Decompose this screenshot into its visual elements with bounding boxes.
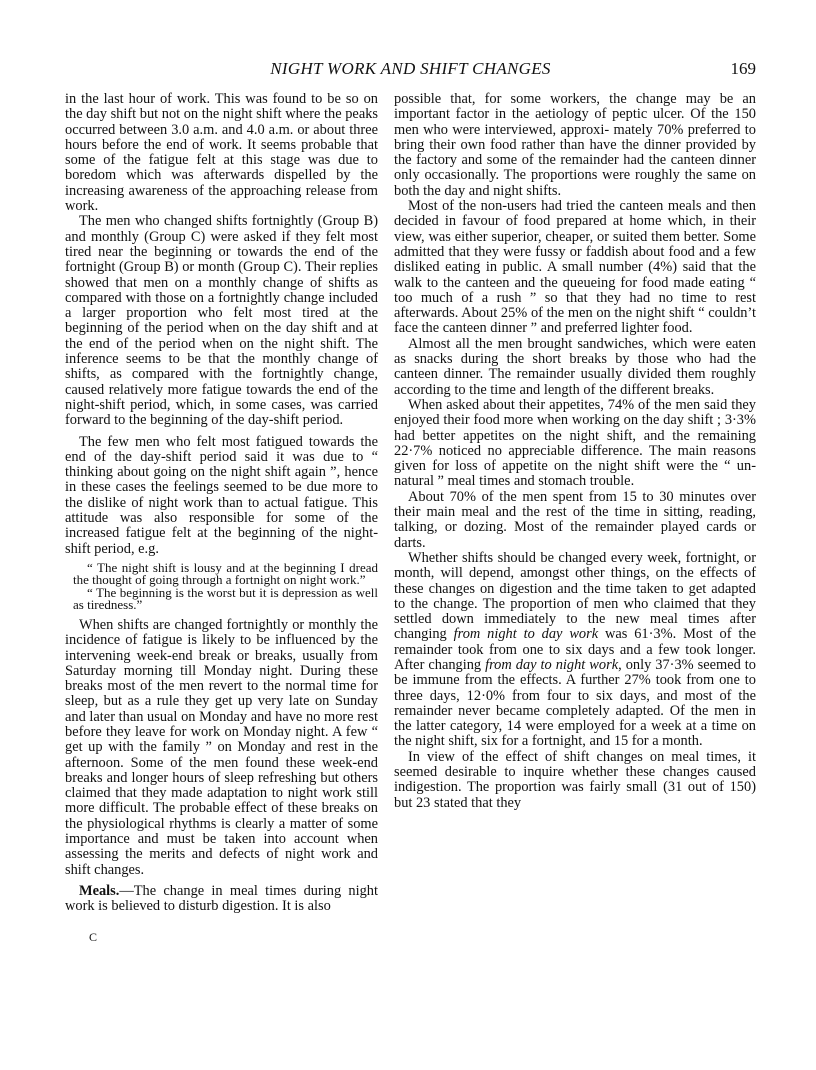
block-quote: “ The night shift is lousy and at the be… (73, 562, 378, 612)
quote-line: “ The beginning is the worst but it is d… (73, 587, 378, 612)
running-header: NIGHT WORK AND SHIFT CHANGES 169 (65, 59, 756, 79)
running-title: NIGHT WORK AND SHIFT CHANGES (65, 59, 756, 79)
right-column: possible that, for some workers, the cha… (394, 92, 756, 811)
meals-paragraph: Meals.—The change in meal times during n… (65, 884, 378, 915)
paragraph: When asked about their appetites, 74% of… (394, 398, 756, 490)
paragraph: The men who changed shifts fortnightly (… (65, 214, 378, 428)
paragraph: in the last hour of work. This was found… (65, 92, 378, 214)
paragraph: Almost all the men brought sandwiches, w… (394, 337, 756, 398)
left-column: in the last hour of work. This was found… (65, 92, 378, 915)
page-number: 169 (731, 59, 757, 79)
paragraph: Most of the non-users had tried the cant… (394, 199, 756, 337)
paragraph: When shifts are changed fortnightly or m… (65, 618, 378, 878)
section-heading-meals: Meals. (79, 883, 119, 899)
paragraph: possible that, for some workers, the cha… (394, 92, 756, 199)
italic-phrase: from night to day work (454, 626, 598, 642)
paragraph: Whether shifts should be changed every w… (394, 551, 756, 750)
italic-phrase: from day to night work (485, 657, 618, 673)
signature-mark: C (89, 930, 97, 945)
paragraph: The few men who felt most fatigued towar… (65, 435, 378, 557)
quote-line: “ The night shift is lousy and at the be… (73, 562, 378, 587)
paragraph: In view of the effect of shift changes o… (394, 750, 756, 811)
paragraph: About 70% of the men spent from 15 to 30… (394, 490, 756, 551)
